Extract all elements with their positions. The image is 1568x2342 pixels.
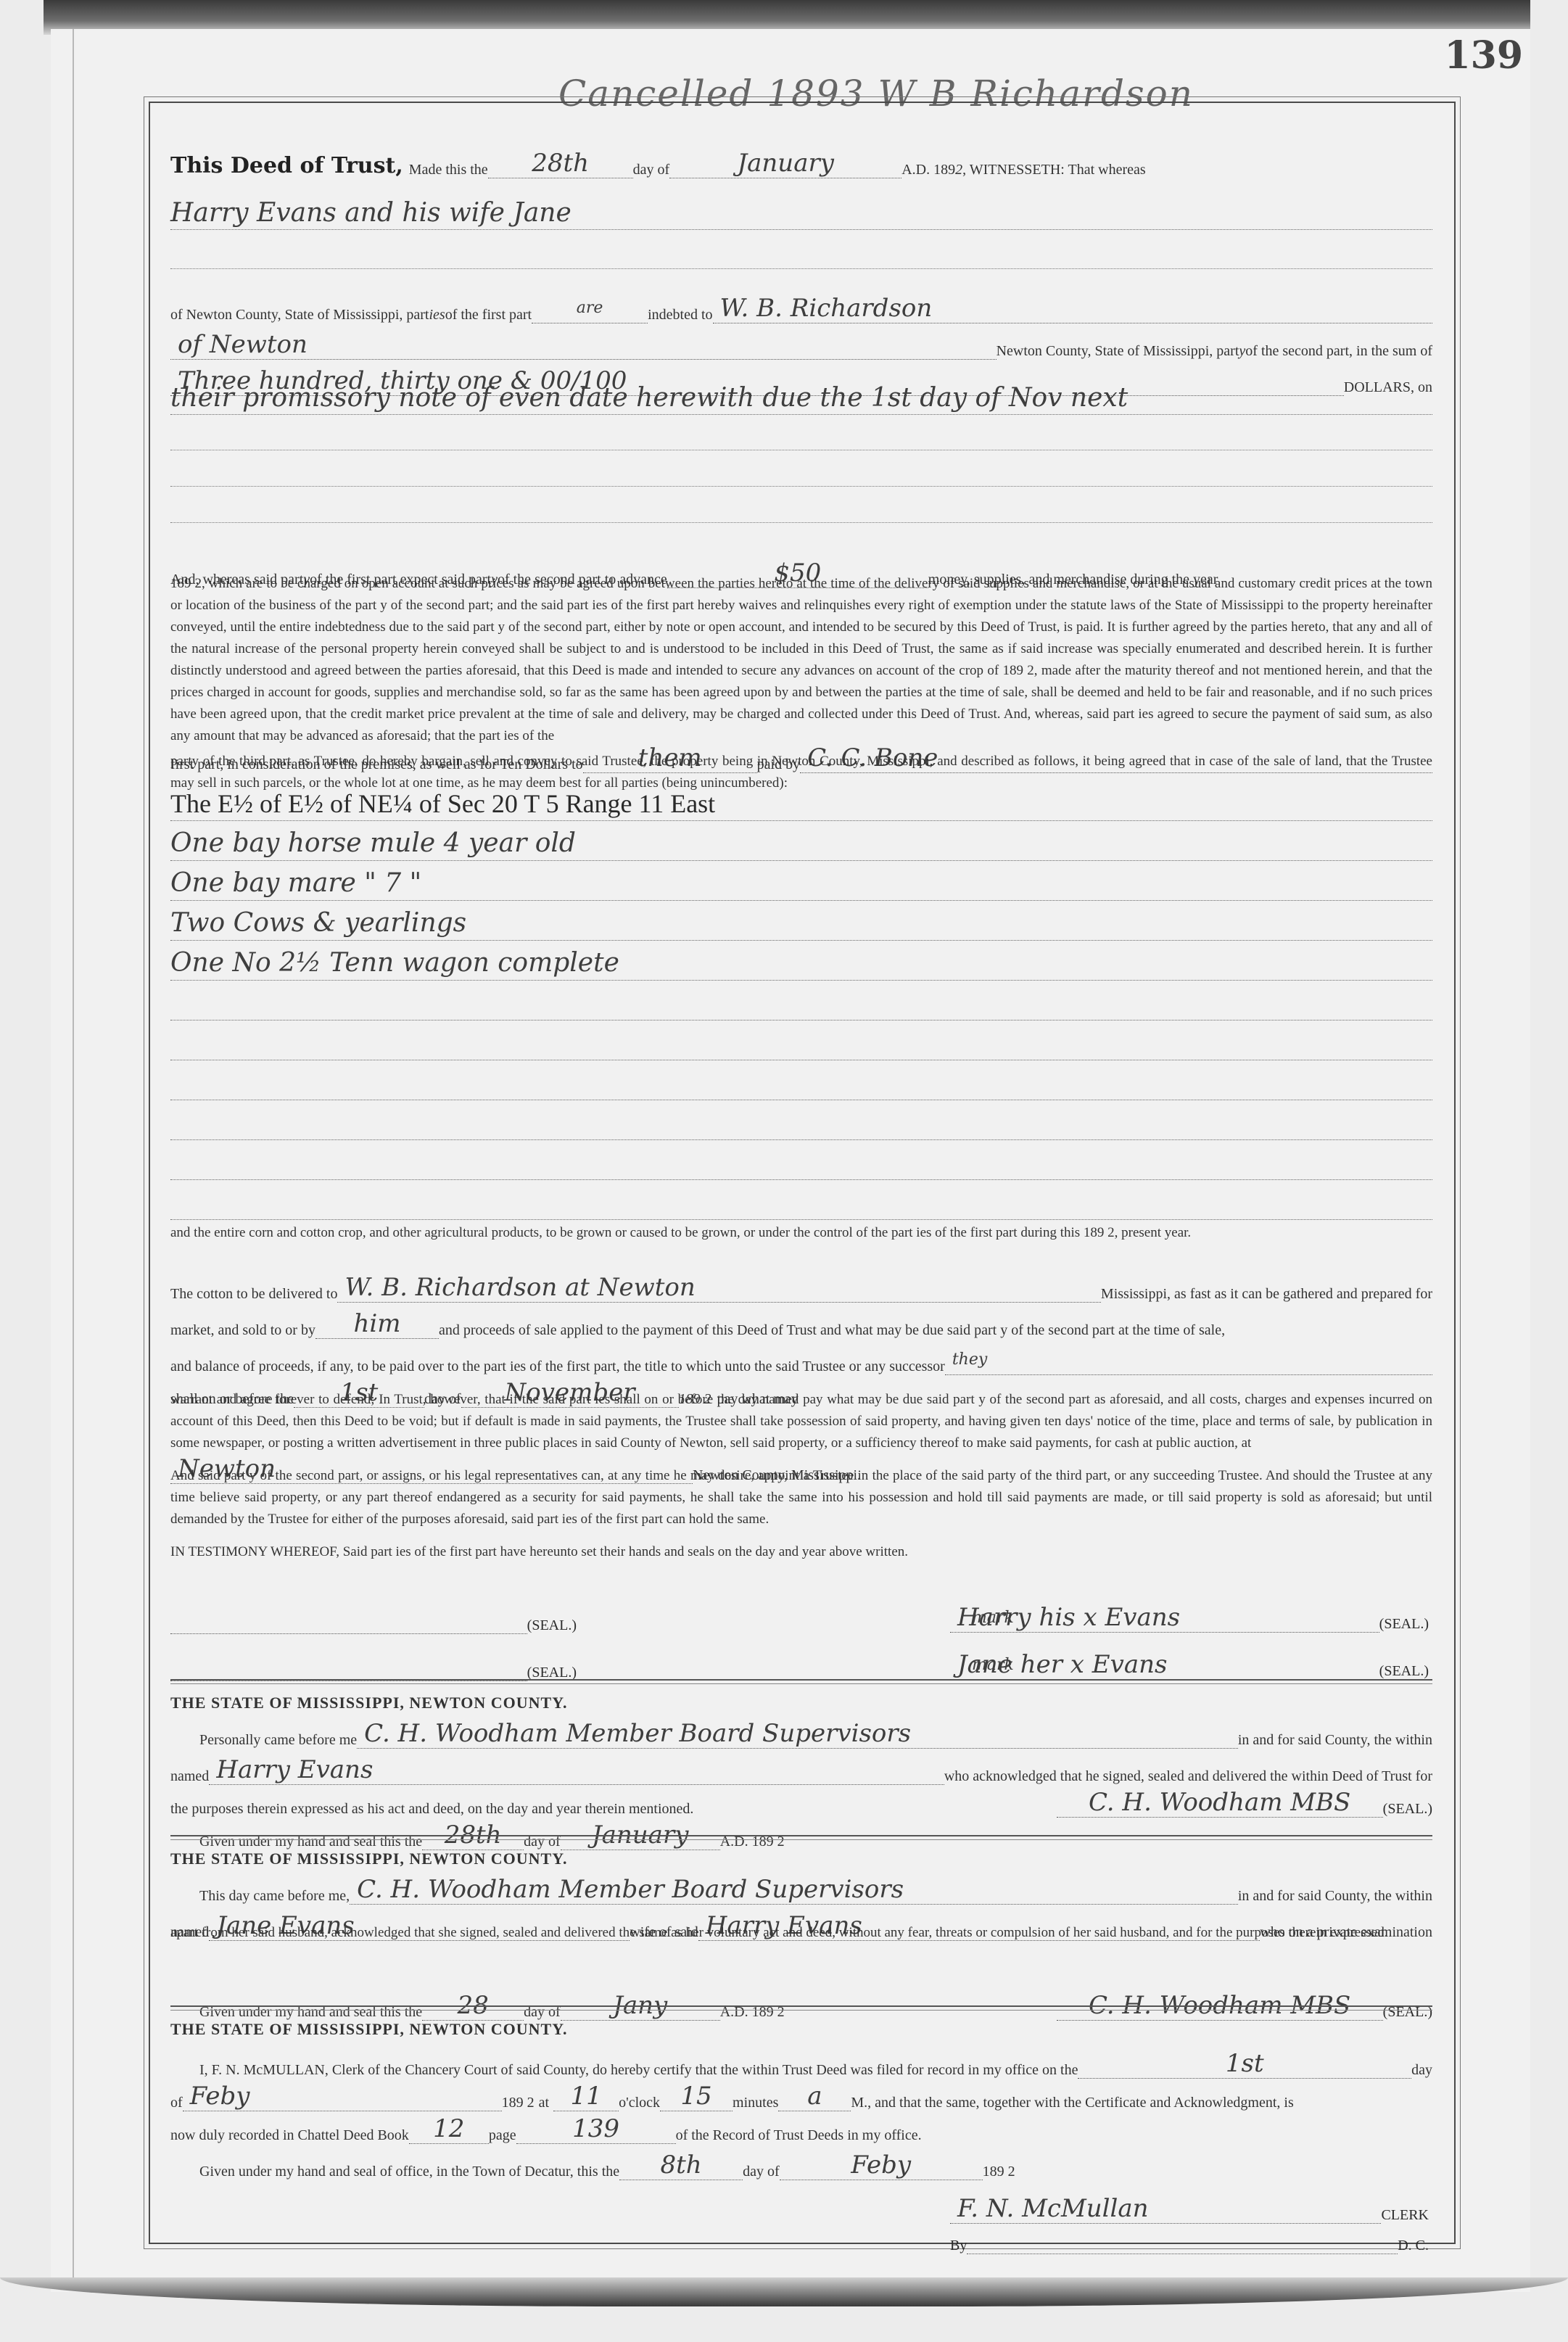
binding-gutter <box>73 29 74 2277</box>
testimony-clause: IN TESTIMONY WHEREOF, Said part ies of t… <box>170 1541 1432 1563</box>
seal-label: (SEAL.) <box>1383 1801 1432 1818</box>
page-number: 139 <box>1444 33 1523 78</box>
deputy-signature-blank <box>967 2254 1398 2254</box>
property-item: The E½ of E½ of NE¼ of Sec 20 T 5 Range … <box>170 787 1432 821</box>
label-oclock: o'clock <box>619 2095 660 2111</box>
mark-label: mark <box>972 1609 1014 1627</box>
record-suffix: of the Record of Trust Deeds in my offic… <box>676 2127 922 2144</box>
part-suffix-2: y <box>1239 343 1245 360</box>
sold-suffix: and proceeds of sale applied to the paym… <box>439 1322 1225 1339</box>
creditor-name: W. B. Richardson <box>713 294 1432 323</box>
seal-label: (SEAL.) <box>527 1617 577 1634</box>
deed-title: This Deed of Trust, <box>170 153 403 178</box>
delivered-suffix: Mississippi, as fast as it can be gather… <box>1101 1286 1432 1303</box>
label-day-of: day of <box>633 162 670 178</box>
book-binding-shadow-bottom <box>0 2277 1568 2306</box>
record-page: 139 <box>516 2114 676 2144</box>
ack1-officer: C. H. Woodham Member Board Supervisors <box>357 1719 1238 1749</box>
blank-line <box>170 450 1432 450</box>
seal-label: (SEAL.) <box>1379 1663 1429 1680</box>
ack1-signature: C. H. Woodham MBS <box>1057 1788 1383 1818</box>
section-divider <box>170 1835 1432 1840</box>
creditor-location: of Newton <box>170 330 996 360</box>
deed-year-suffix: 2 <box>955 162 962 178</box>
signature-harry-evans: Harry his x Evans <box>950 1603 1379 1633</box>
indebted-line: of Newton County, State of Mississippi, … <box>170 294 1432 323</box>
ack2-officer: C. H. Woodham Member Board Supervisors <box>350 1875 1238 1905</box>
seal-label: (SEAL.) <box>1379 1616 1429 1633</box>
property-item <box>170 1106 1432 1140</box>
label-of: of <box>170 2095 183 2111</box>
property-item: Two Cows & yearlings <box>170 907 1432 941</box>
county-suffix: in and for said County, the within <box>1238 1732 1432 1749</box>
book-number: 12 <box>409 2114 489 2144</box>
clerk-signature: F. N. McMullan <box>950 2194 1381 2224</box>
advance-clause-body: 189 2, which are to be charged on open a… <box>170 573 1432 747</box>
property-item: One bay mare " 7 " <box>170 867 1432 901</box>
sold-by: him <box>315 1309 439 1339</box>
property-item: One bay horse mule 4 year old <box>170 827 1432 861</box>
successor-clause: And said part y of the second part, or a… <box>170 1465 1432 1530</box>
clerk-certify-text: I, F. N. McMULLAN, Clerk of the Chancery… <box>199 2062 1078 2079</box>
grantor-signature-2: Jane her x Evans (SEAL.) <box>950 1650 1429 1680</box>
property-item: One No 2½ Tenn wagon complete <box>170 947 1432 981</box>
ack1-purposes-text: the purposes therein expressed as his ac… <box>170 1801 693 1818</box>
ack1-heading: THE STATE OF MISSISSIPPI, NEWTON COUNTY. <box>170 1694 568 1712</box>
county-suffix: in and for said County, the within <box>1238 1888 1432 1905</box>
ack1-named-person: Harry Evans <box>209 1755 944 1785</box>
sold-by-line: market, and sold to or by him and procee… <box>170 1309 1432 1339</box>
blank-signature-line <box>170 1633 527 1634</box>
part-suffix: ies <box>429 307 445 323</box>
balance-line: and balance of proceeds, if any, to be p… <box>170 1345 1432 1375</box>
balance-text: and balance of proceeds, if any, to be p… <box>170 1358 945 1375</box>
label-delivered-to: The cotton to be delivered to <box>170 1286 337 1303</box>
deed-header: This Deed of Trust, Made this the 28th d… <box>170 149 1432 178</box>
deed-month: January <box>669 149 901 178</box>
ack1-came-before: Personally came before me C. H. Woodham … <box>170 1719 1432 1749</box>
label-first-part: of the first part <box>445 307 532 323</box>
blank-signature-1: (SEAL.) <box>170 1617 577 1634</box>
filed-day: 1st <box>1078 2049 1411 2079</box>
ack2-body: apart from her said husband, acknowledge… <box>170 1922 1432 1944</box>
property-item <box>170 1026 1432 1060</box>
label-day-of: day of <box>743 2164 780 2180</box>
first-party-line: Harry Evans and his wife Jane <box>170 196 1432 230</box>
clerk-given-line: Given under my hand and seal of office, … <box>170 2151 1432 2180</box>
are-fill: are <box>532 294 648 323</box>
deed-day: 28th <box>488 149 633 178</box>
ack2-heading: THE STATE OF MISSISSIPPI, NEWTON COUNTY. <box>170 1850 568 1868</box>
property-item <box>170 1066 1432 1100</box>
property-item <box>170 986 1432 1020</box>
clerk-given-text: Given under my hand and seal of office, … <box>199 2164 619 2180</box>
label-by: By <box>950 2238 967 2254</box>
delivered-to: W. B. Richardson at Newton <box>337 1273 1100 1303</box>
clerk-heading: THE STATE OF MISSISSIPPI, NEWTON COUNTY. <box>170 2020 568 2039</box>
label-indebted-to: indebted to <box>648 307 712 323</box>
blank-line <box>170 268 1432 269</box>
m-suffix-text: M., and that the same, together with the… <box>851 2095 1293 2111</box>
clerk-given-day: 8th <box>619 2151 743 2180</box>
filed-month: Feby <box>183 2082 502 2111</box>
first-party-names: Harry Evans and his wife Jane <box>170 198 572 228</box>
label-witnesseth: , WITNESSETH: That whereas <box>962 162 1146 178</box>
clerk-label: CLERK <box>1381 2207 1429 2224</box>
filed-minutes: 15 <box>660 2082 733 2111</box>
section-divider <box>170 2005 1432 2011</box>
recorded-text: now duly recorded in Chattel Deed Book <box>170 2127 409 2144</box>
clerk-given-year: 189 2 <box>983 2164 1015 2180</box>
clerk-record-line: now duly recorded in Chattel Deed Book 1… <box>170 2114 1432 2144</box>
clerk-time-line: of Feby 189 2 at 11 o'clock 15 minutes a… <box>170 2082 1432 2111</box>
filed-hour: 11 <box>553 2082 619 2111</box>
cotton-delivery-line: The cotton to be delivered to W. B. Rich… <box>170 1273 1432 1303</box>
property-item <box>170 1146 1432 1180</box>
property-item <box>170 1186 1432 1220</box>
label-ad: A.D. 189 <box>901 162 955 178</box>
dc-label: D. C. <box>1398 2238 1429 2254</box>
filed-meridian: a <box>778 2082 851 2111</box>
label-came-before: Personally came before me <box>199 1732 357 1749</box>
label-day: day <box>1411 2062 1432 2079</box>
label-page: page <box>489 2127 516 2144</box>
signature-jane-evans: Jane her x Evans <box>950 1650 1379 1680</box>
deputy-clerk-line: By D. C. <box>950 2238 1429 2254</box>
mark-label: mark <box>972 1656 1014 1674</box>
label-second-county: Newton County, State of Mississippi, par… <box>996 343 1239 360</box>
clerk-given-month: Feby <box>780 2151 983 2180</box>
defend-clause: warrant and agree forever to defend; In … <box>170 1389 1432 1454</box>
ack1-purposes: the purposes therein expressed as his ac… <box>170 1788 1432 1818</box>
ack1-acknowledged-text: who acknowledged that he signed, sealed … <box>944 1768 1432 1785</box>
successor-fill: they <box>945 1345 1432 1375</box>
note-terms: their promissory note of even date herew… <box>170 383 1128 413</box>
label-named: named <box>170 1768 209 1785</box>
creditor-location-line: of Newton Newton County, State of Missis… <box>170 330 1432 360</box>
clerk-certify-line: I, F. N. McMULLAN, Clerk of the Chancery… <box>170 2049 1432 2079</box>
filed-year: 189 2 <box>502 2095 535 2111</box>
label-minutes: minutes <box>733 2095 778 2111</box>
scanned-page: 139 Cancelled 1893 W B Richardson This D… <box>0 0 1568 2342</box>
label-sum-of: of the second part, in the sum of <box>1245 343 1432 360</box>
label-at: at <box>539 2095 549 2111</box>
label-came-before: This day came before me, <box>199 1888 350 1905</box>
label-of-county: of Newton County, State of Mississippi, … <box>170 307 429 323</box>
crop-clause: and the entire corn and cotton crop, and… <box>170 1222 1432 1244</box>
note-terms-line: their promissory note of even date herew… <box>170 381 1432 415</box>
section-divider <box>170 1679 1432 1684</box>
label-made-this: Made this the <box>409 162 488 178</box>
blank-line <box>170 522 1432 523</box>
ack1-named: named Harry Evans who acknowledged that … <box>170 1755 1432 1785</box>
ack2-came-before: This day came before me, C. H. Woodham M… <box>170 1875 1432 1905</box>
clerk-signature-line: F. N. McMullan CLERK <box>950 2194 1429 2224</box>
grantor-signature-1: Harry his x Evans (SEAL.) <box>950 1603 1429 1633</box>
blank-line <box>170 486 1432 487</box>
label-sold-by: market, and sold to or by <box>170 1322 315 1339</box>
